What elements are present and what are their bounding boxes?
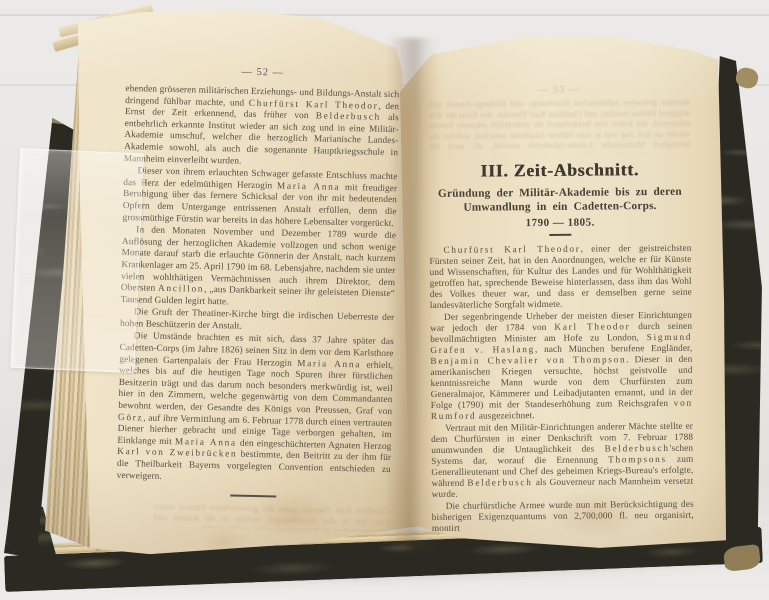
paragraph: In den Monaten November und Dezember 178… xyxy=(121,225,397,312)
chapter-date-range: 1790 — 1805. xyxy=(429,216,691,230)
paragraph: Churfürst Karl Theodor, einer der geistr… xyxy=(429,244,692,312)
letterspaced-name: Belderbusch xyxy=(467,478,532,489)
paragraph: Die Umstände brachten es mit sich, dass … xyxy=(117,331,394,488)
paragraph: Vertraut mit den Militär-Einrichtungen a… xyxy=(431,422,694,501)
letterspaced-name: Churfürst Karl Theodor xyxy=(443,245,580,256)
text-run: ausgezeichnet. xyxy=(476,411,534,422)
letterspaced-name: Thompsons xyxy=(608,455,667,466)
letterspaced-name: Maria Anna xyxy=(277,181,341,192)
cover-worn-patch xyxy=(723,544,762,572)
right-page-bleedthrough: ehenden grösseren militärischen Erziehun… xyxy=(428,97,690,155)
text-run: , nach München berufene Engländer, xyxy=(535,344,692,355)
paragraph: Der segenbringende Urheber der meisten d… xyxy=(430,311,693,423)
left-page-paragraphs: ehenden grösseren militärischen Erziehun… xyxy=(117,84,400,488)
chapter-heading: III. Zeit-Abschnitt. xyxy=(429,159,691,182)
letterspaced-name: Maria Anna xyxy=(175,437,237,448)
letterspaced-name: Benjamin Chevalier von Thompson xyxy=(430,355,626,367)
right-page-paragraphs: Churfürst Karl Theodor, einer der geistr… xyxy=(429,244,694,535)
section-end-rule xyxy=(230,495,276,498)
letterspaced-name: Ancillon xyxy=(158,284,204,295)
letterspaced-name: Belderbusch xyxy=(316,112,381,123)
letterspaced-name: Maria Anna xyxy=(297,359,361,370)
plastic-strip xyxy=(10,148,143,373)
letterspaced-name: Belderbusch xyxy=(605,444,670,455)
left-page-bleedthrough: Churfürst Karl Theodor, einer der geistr… xyxy=(154,501,390,532)
letterspaced-name: Görz xyxy=(118,413,144,424)
letterspaced-name: Karl Theodor xyxy=(554,322,630,333)
chapter-date-rule xyxy=(549,234,571,236)
paragraph: Die churfürstliche Armee wurde nun mit B… xyxy=(432,500,694,535)
chapter-subheading-line2: Umwandlung in ein Cadetten-Corps. xyxy=(429,199,691,215)
left-page-text: — 52 — ehenden grösseren militärischen E… xyxy=(115,64,400,540)
paragraph: Dieser von ihrem erlauchten Schwager gef… xyxy=(122,166,397,230)
text-run: Die churfürstliche Armee wurde nun mit B… xyxy=(432,500,694,534)
photo-scene: — 52 — ehenden grösseren militärischen E… xyxy=(0,0,769,600)
right-page-number: — 53 — xyxy=(428,84,690,97)
right-page-text: — 53 — ehenden grösseren militärischen E… xyxy=(428,84,694,564)
paragraph: ehenden grösseren militärischen Erziehun… xyxy=(124,84,400,171)
letterspaced-name: Karl von Zweibrücken xyxy=(117,447,237,460)
